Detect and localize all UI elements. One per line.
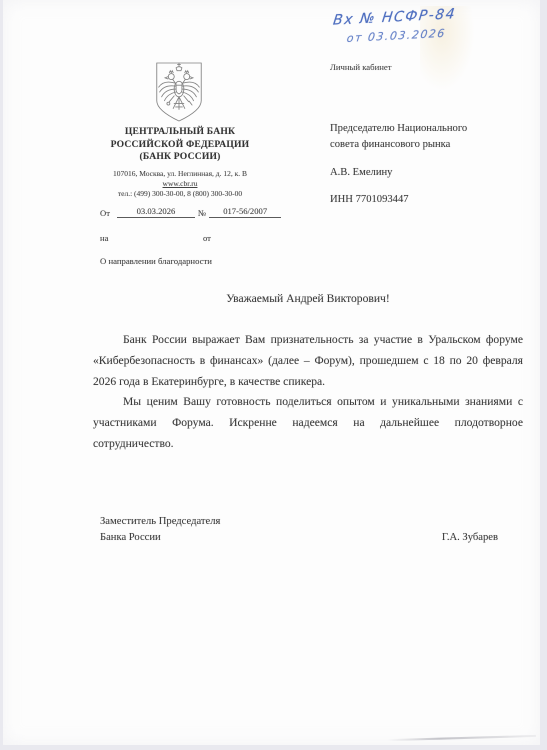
reference-line: От 03.03.2026 № 017-56/2007	[100, 206, 300, 218]
letter-number: 017-56/2007	[209, 206, 281, 218]
recipient-inn: ИНН 7701093447	[330, 192, 530, 208]
double-headed-eagle-emblem	[150, 61, 208, 123]
org-name: ЦЕНТРАЛЬНЫЙ БАНК РОССИЙСКОЙ ФЕДЕРАЦИИ (Б…	[58, 126, 302, 164]
recipient-position-line1: Председателю Национального	[330, 121, 530, 137]
org-name-line1: ЦЕНТРАЛЬНЫЙ БАНК	[58, 126, 302, 139]
salutation: Уважаемый Андрей Викторович!	[93, 292, 523, 305]
ot-label: от	[203, 233, 211, 243]
org-name-line3: (БАНК РОССИИ)	[58, 151, 302, 164]
reply-reference-line: на от	[100, 233, 300, 244]
na-label: на	[100, 233, 108, 243]
org-website-link: www.cbr.ru	[58, 179, 302, 189]
from-label: От	[100, 208, 110, 218]
body-paragraph-1: Банк России выражает Вам признательность…	[93, 330, 523, 392]
letterhead: ЦЕНТРАЛЬНЫЙ БАНК РОССИЙСКОЙ ФЕДЕРАЦИИ (Б…	[58, 126, 302, 199]
body-paragraph-2: Мы ценим Вашу готовность поделиться опыт…	[93, 392, 523, 454]
recipient-position-line2: совета финансового рынка	[330, 137, 530, 153]
delivery-method-label: Личный кабинет	[330, 62, 392, 72]
letter-document: Вх № НСФР-84 от 03.03.2026 Личный кабине…	[0, 0, 547, 750]
letter-date: 03.03.2026	[117, 206, 195, 218]
recipient-name: А.В. Емелину	[330, 165, 530, 181]
number-sign: №	[198, 208, 206, 218]
reference-block: От 03.03.2026 № 017-56/2007 на от	[100, 206, 300, 244]
recipient-block: Председателю Национального совета финанс…	[330, 121, 530, 208]
signer-position: Заместитель Председателя Банка России	[100, 514, 220, 545]
org-name-line2: РОССИЙСКОЙ ФЕДЕРАЦИИ	[58, 139, 302, 152]
subject-line: О направлении благодарности	[100, 256, 212, 266]
org-contacts: 107016, Москва, ул. Неглинная, д. 12, к.…	[58, 169, 302, 199]
letter-body: Банк России выражает Вам признательность…	[93, 330, 523, 455]
signer-position-line2: Банка России	[100, 530, 220, 546]
org-phone: тел.: (499) 300-30-00, 8 (800) 300-30-00	[58, 189, 302, 199]
signature-block: Заместитель Председателя Банка России Г.…	[100, 514, 498, 545]
org-address: 107016, Москва, ул. Неглинная, д. 12, к.…	[58, 169, 302, 179]
signer-position-line1: Заместитель Председателя	[100, 514, 220, 530]
signer-name: Г.А. Зубарев	[442, 530, 498, 546]
page-crease-artifact	[388, 735, 536, 741]
handwritten-registration-note: Вх № НСФР-84 от 03.03.2026	[330, 3, 514, 46]
